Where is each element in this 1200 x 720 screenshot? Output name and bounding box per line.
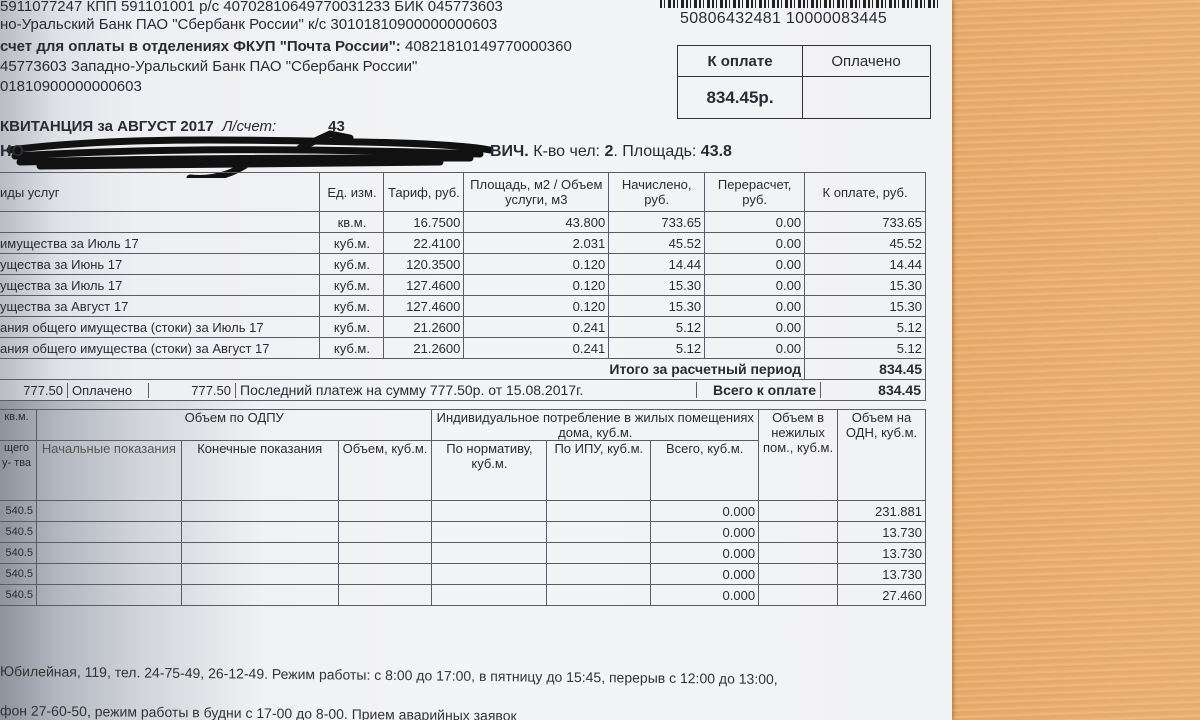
- odpu-volume: [338, 543, 432, 564]
- grand-total-label: Всего к оплате: [697, 382, 821, 398]
- individual-ipu: [547, 585, 651, 606]
- service-to-pay: 45.52: [805, 233, 926, 254]
- odpu-start: [36, 564, 181, 585]
- grand-total-value: 834.45: [821, 382, 925, 398]
- service-recalc: 0.00: [705, 212, 805, 233]
- odpu-area: 540.5: [0, 522, 36, 543]
- individual-ipu: [547, 564, 651, 585]
- service-row: ания общего имущества (стоки) за Август …: [0, 338, 926, 359]
- nonresidential-volume: [759, 522, 838, 543]
- barcode: [660, 0, 940, 8]
- individual-total: 0.000: [651, 585, 759, 606]
- service-to-pay: 14.44: [805, 254, 926, 275]
- header-to-pay: К оплате, руб.: [805, 173, 926, 212]
- post-account-label: счет для оплаты в отделениях ФКУП "Почта…: [0, 38, 401, 55]
- header-odn: Объем на ОДН, куб.м.: [838, 410, 926, 501]
- service-tariff: 21.2600: [384, 338, 464, 359]
- service-charged: 45.52: [609, 233, 705, 254]
- individual-ipu: [547, 501, 651, 522]
- service-name: ущества за Июнь 17: [0, 254, 320, 275]
- service-unit: куб.м.: [320, 317, 384, 338]
- service-row: ущества за Июнь 17куб.м.120.35000.12014.…: [0, 254, 926, 275]
- service-unit: куб.м.: [320, 233, 384, 254]
- payment-row: 777.50 Оплачено 777.50 Последний платеж …: [0, 380, 926, 401]
- service-recalc: 0.00: [705, 296, 805, 317]
- paid-label: Оплачено: [803, 46, 929, 77]
- service-volume: 2.031: [464, 233, 609, 254]
- header-area-corner: кв.м.: [0, 410, 36, 441]
- header-end-readings: Конечные показания: [181, 441, 338, 501]
- odpu-end: [181, 543, 338, 564]
- odpu-volume: [338, 564, 432, 585]
- service-row: имущества за Июль 17куб.м.22.41002.03145…: [0, 233, 926, 254]
- service-charged: 5.12: [609, 317, 705, 338]
- header-charged: Начислено, руб.: [609, 173, 705, 212]
- odn-volume: 13.730: [838, 543, 926, 564]
- service-charged: 15.30: [609, 296, 705, 317]
- header-norm: По нормативу, куб.м.: [432, 441, 547, 501]
- service-to-pay: 5.12: [805, 317, 926, 338]
- odpu-end: [181, 585, 338, 606]
- service-charged: 15.30: [609, 275, 705, 296]
- last-payment-text: Последний платеж на сумму 777.50р. от 15…: [236, 382, 697, 398]
- service-name: имущества за Июль 17: [0, 233, 320, 254]
- service-recalc: 0.00: [705, 275, 805, 296]
- service-row: ущества за Июль 17куб.м.127.46000.12015.…: [0, 275, 926, 296]
- services-header-row: иды услуг Ед. изм. Тариф, руб. Площадь, …: [0, 173, 926, 212]
- period-total-value: 834.45: [805, 359, 926, 380]
- post-account-value: 40821810149770000360: [405, 38, 572, 55]
- service-unit: кв.м.: [320, 212, 384, 233]
- header-service-type: иды услуг: [0, 173, 320, 212]
- service-name: ания общего имущества (стоки) за Июль 17: [0, 317, 320, 338]
- service-name: ания общего имущества (стоки) за Август …: [0, 338, 320, 359]
- to-pay-label: К оплате: [678, 46, 803, 77]
- service-unit: куб.м.: [320, 296, 384, 317]
- service-recalc: 0.00: [705, 254, 805, 275]
- individual-norm: [432, 564, 547, 585]
- service-row: кв.м.16.750043.800733.650.00733.65: [0, 212, 926, 233]
- service-to-pay: 5.12: [805, 338, 926, 359]
- tenant-name-prefix: НО: [0, 143, 24, 161]
- nonresidential-volume: [759, 501, 838, 522]
- odpu-row: 540.50.00013.730: [0, 522, 926, 543]
- service-volume: 0.120: [464, 254, 609, 275]
- individual-total: 0.000: [651, 564, 759, 585]
- paid-amount: 777.50: [149, 383, 236, 398]
- service-tariff: 16.7500: [384, 212, 464, 233]
- header-start-readings: Начальные показания: [36, 441, 181, 501]
- paid-value[interactable]: [803, 77, 929, 118]
- header-area: щего у- тва: [0, 441, 36, 501]
- header-odpu-group: Объем по ОДПУ: [36, 410, 432, 441]
- odpu-volume: [338, 501, 432, 522]
- requisites-line-5: 01810900000000603: [0, 78, 142, 95]
- odpu-area: 540.5: [0, 543, 36, 564]
- tenant-info: ВИЧ. К-во чел: 2. Площадь: 43.8: [490, 143, 732, 161]
- requisites-line-1: 5911077247 КПП 591101001 р/с 40702810649…: [0, 0, 503, 15]
- service-unit: куб.м.: [320, 275, 384, 296]
- odpu-area: 540.5: [0, 564, 36, 585]
- service-recalc: 0.00: [705, 233, 805, 254]
- services-table: иды услуг Ед. изм. Тариф, руб. Площадь, …: [0, 172, 926, 401]
- service-volume: 43.800: [464, 212, 609, 233]
- header-recalc: Перерасчет, руб.: [705, 173, 805, 212]
- service-row: ания общего имущества (стоки) за Июль 17…: [0, 317, 926, 338]
- odn-volume: 13.730: [838, 522, 926, 543]
- service-tariff: 120.3500: [384, 254, 464, 275]
- requisites-line-3: счет для оплаты в отделениях ФКУП "Почта…: [0, 38, 572, 55]
- odpu-row: 540.50.00013.730: [0, 543, 926, 564]
- service-tariff: 127.4600: [384, 275, 464, 296]
- header-nonresidential: Объем в нежилых пом., куб.м.: [759, 410, 838, 501]
- service-charged: 14.44: [609, 254, 705, 275]
- prev-amount: 777.50: [0, 383, 68, 398]
- odpu-row: 540.50.00013.730: [0, 564, 926, 585]
- odpu-end: [181, 501, 338, 522]
- service-to-pay: 15.30: [805, 296, 926, 317]
- header-ipu: По ИПУ, куб.м.: [547, 441, 651, 501]
- odpu-area: 540.5: [0, 585, 36, 606]
- odpu-start: [36, 585, 181, 606]
- odpu-volume: [338, 585, 432, 606]
- odn-volume: 231.881: [838, 501, 926, 522]
- to-pay-value: 834.45р.: [678, 77, 803, 118]
- individual-total: 0.000: [651, 522, 759, 543]
- header-tariff: Тариф, руб.: [384, 173, 464, 212]
- service-charged: 5.12: [609, 338, 705, 359]
- service-name: ущества за Август 17: [0, 296, 320, 317]
- odpu-end: [181, 522, 338, 543]
- odn-volume: 27.460: [838, 585, 926, 606]
- nonresidential-volume: [759, 543, 838, 564]
- service-recalc: 0.00: [705, 317, 805, 338]
- header-unit: Ед. изм.: [320, 173, 384, 212]
- requisites-line-4: 45773603 Западно-Уральский Банк ПАО "Сбе…: [0, 58, 417, 75]
- odpu-volume: [338, 522, 432, 543]
- period-total-row: Итого за расчетный период 834.45: [0, 359, 926, 380]
- header-individual-total: Всего, куб.м.: [651, 441, 759, 501]
- footer-line-2: фон 27-60-50, режим работы в будни с 17-…: [0, 702, 517, 720]
- service-to-pay: 733.65: [805, 212, 926, 233]
- paid-label: Оплачено: [68, 383, 149, 398]
- odpu-start: [36, 543, 181, 564]
- barcode-number: 50806432481 10000083445: [680, 10, 887, 28]
- nonresidential-volume: [759, 564, 838, 585]
- redaction-scribble: [0, 128, 500, 178]
- service-unit: куб.м.: [320, 254, 384, 275]
- period-total-label: Итого за расчетный период: [0, 359, 805, 380]
- service-row: ущества за Август 17куб.м.127.46000.1201…: [0, 296, 926, 317]
- odpu-row: 540.50.00027.460: [0, 585, 926, 606]
- footer-line-1: Юбилейная, 119, тел. 24-75-49, 26-12-49.…: [0, 663, 778, 687]
- individual-norm: [432, 543, 547, 564]
- individual-ipu: [547, 543, 651, 564]
- odn-volume: 13.730: [838, 564, 926, 585]
- service-tariff: 21.2600: [384, 317, 464, 338]
- service-unit: куб.м.: [320, 338, 384, 359]
- requisites-line-2: но-Уральский Банк ПАО "Сбербанк России" …: [0, 16, 497, 33]
- payment-box: К оплате Оплачено 834.45р.: [677, 45, 931, 119]
- service-volume: 0.241: [464, 317, 609, 338]
- individual-norm: [432, 585, 547, 606]
- individual-norm: [432, 501, 547, 522]
- individual-ipu: [547, 522, 651, 543]
- odpu-start: [36, 501, 181, 522]
- utility-receipt: 5911077247 КПП 591101001 р/с 40702810649…: [0, 0, 952, 720]
- individual-total: 0.000: [651, 501, 759, 522]
- service-volume: 0.120: [464, 275, 609, 296]
- header-odpu-volume: Объем, куб.м.: [338, 441, 432, 501]
- nonresidential-volume: [759, 585, 838, 606]
- header-individual: Индивидуальное потребление в жилых помещ…: [432, 410, 759, 441]
- service-volume: 0.120: [464, 296, 609, 317]
- individual-total: 0.000: [651, 543, 759, 564]
- individual-norm: [432, 522, 547, 543]
- odpu-end: [181, 564, 338, 585]
- service-name: [0, 212, 320, 233]
- service-name: ущества за Июль 17: [0, 275, 320, 296]
- service-volume: 0.241: [464, 338, 609, 359]
- service-recalc: 0.00: [705, 338, 805, 359]
- odpu-row: 540.50.000231.881: [0, 501, 926, 522]
- odpu-start: [36, 522, 181, 543]
- service-tariff: 22.4100: [384, 233, 464, 254]
- service-to-pay: 15.30: [805, 275, 926, 296]
- odpu-table: кв.м. Объем по ОДПУ Индивидуальное потре…: [0, 409, 926, 606]
- service-tariff: 127.4600: [384, 296, 464, 317]
- header-volume: Площадь, м2 / Объем услуги, м3: [464, 173, 609, 212]
- odpu-area: 540.5: [0, 501, 36, 522]
- service-charged: 733.65: [609, 212, 705, 233]
